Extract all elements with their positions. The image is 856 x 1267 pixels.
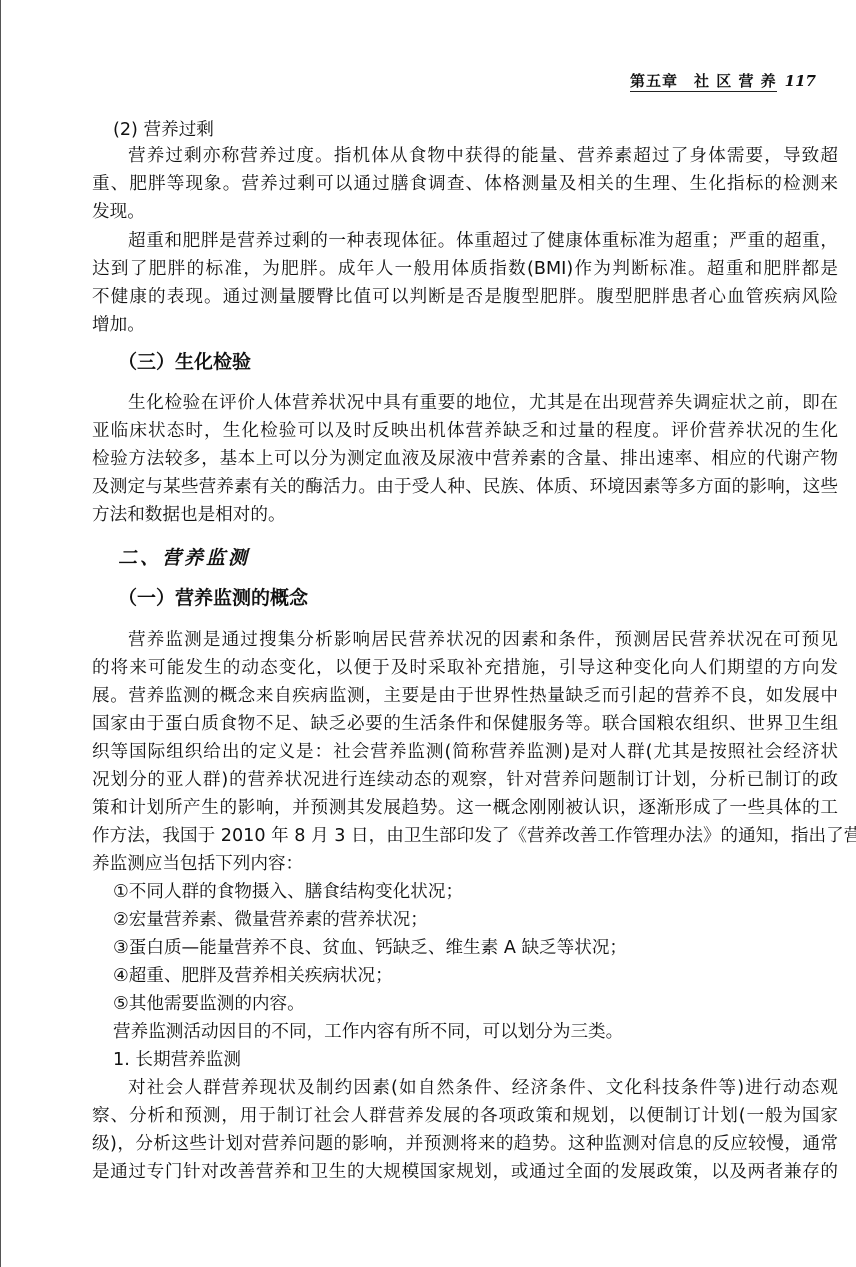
text-line: 增加。 (92, 315, 838, 335)
text-line: 是通过专门针对改善营养和卫生的大规模国家规划，或通过全面的发展政策，以及两者兼存… (92, 1162, 838, 1182)
page-number: 117 (785, 72, 816, 90)
subsection-heading: （一）营养监测的概念 (118, 588, 856, 608)
text-line: 重、肥胖等现象。营养过剩可以通过膳食调查、体格测量及相关的生理、生化指标的检测来 (92, 174, 838, 194)
list-item: ④超重、肥胖及营养相关疾病状况； (113, 966, 856, 986)
text-line: 生化检验在评价人体营养状况中具有重要的地位，尤其是在出现营养失调症状之前，即在 (128, 393, 838, 413)
text-line: 策和计划所产生的影响，并预测其发展趋势。这一概念刚刚被认识，逐渐形成了一些具体的… (92, 798, 838, 818)
section-heading: 二、营养监测 (118, 548, 856, 568)
text-line: 方法和数据也是相对的。 (92, 505, 838, 525)
text-line: 发现。 (92, 202, 838, 222)
text-line: 亚临床状态时，生化检验可以及时反映出机体营养缺乏和过量的程度。评价营养状况的生化 (92, 421, 838, 441)
text-line: 国家由于蛋白质食物不足、缺乏必要的生活条件和保健服务等。联合国粮农组织、世界卫生… (92, 714, 838, 734)
subsection-heading: （三）生化检验 (118, 352, 856, 372)
text-line: 检验方法较多，基本上可以分为测定血液及尿液中营养素的含量、排出速率、相应的代谢产… (92, 449, 838, 469)
list-item: 营养监测活动因目的不同，工作内容有所不同，可以划分为三类。 (113, 1022, 856, 1042)
list-item: ②宏量营养素、微量营养素的营养状况； (113, 910, 856, 930)
text-line: 的将来可能发生的动态变化，以便于及时采取补充措施，引导这种变化向人们期望的方向发 (92, 658, 838, 678)
chapter-title: 第五章 社 区 营 养 (630, 72, 777, 92)
text-line: 察、分析和预测，用于制订社会人群营养发展的各项政策和规划，以便制订计划(一般为国… (92, 1106, 838, 1126)
text-line: 及测定与某些营养素有关的酶活力。由于受人种、民族、体质、环境因素等多方面的影响，… (92, 477, 838, 497)
list-item: 1. 长期营养监测 (113, 1050, 856, 1070)
text-line: 作方法，我国于 2010 年 8 月 3 日，由卫生部印发了《营养改善工作管理办… (92, 826, 838, 846)
text-line: 达到了肥胖的标准，为肥胖。成年人一般用体质指数(BMI)作为判断标准。超重和肥胖… (92, 259, 838, 279)
text-line: 不健康的表现。通过测量腰臀比值可以判断是否是腹型肥胖。腹型肥胖患者心血管疾病风险 (92, 287, 838, 307)
list-item: (2) 营养过剩 (113, 120, 856, 140)
text-line: 营养监测是通过搜集分析影响居民营养状况的因素和条件，预测居民营养状况在可预见 (128, 630, 838, 650)
text-line: 织等国际组织给出的定义是：社会营养监测(简称营养监测)是对人群(尤其是按照社会经… (92, 742, 838, 762)
text-line: 超重和肥胖是营养过剩的一种表现体征。体重超过了健康体重标准为超重；严重的超重， (128, 231, 838, 251)
text-line: 养监测应当包括下列内容： (92, 854, 838, 874)
text-line: 对社会人群营养现状及制约因素(如自然条件、经济条件、文化科技条件等)进行动态观 (128, 1078, 838, 1098)
list-item: ①不同人群的食物摄入、膳食结构变化状况； (113, 882, 856, 902)
list-item: ⑤其他需要监测的内容。 (113, 994, 856, 1014)
text-line: 展。营养监测的概念来自疾病监测，主要是由于世界性热量缺乏而引起的营养不良，如发展… (92, 686, 838, 706)
running-header: 第五章 社 区 营 养117 (630, 70, 830, 92)
list-item: ③蛋白质—能量营养不良、贫血、钙缺乏、维生素 A 缺乏等状况； (113, 938, 856, 958)
page-edge-rule (0, 0, 1, 1267)
text-line: 营养过剩亦称营养过度。指机体从食物中获得的能量、营养素超过了身体需要，导致超 (128, 146, 838, 166)
text-line: 级)，分析这些计划对营养问题的影响，并预测将来的趋势。这种监测对信息的反应较慢，… (92, 1134, 838, 1154)
text-line: 况划分的亚人群)的营养状况进行连续动态的观察，针对营养问题制订计划，分析已制订的… (92, 770, 838, 790)
